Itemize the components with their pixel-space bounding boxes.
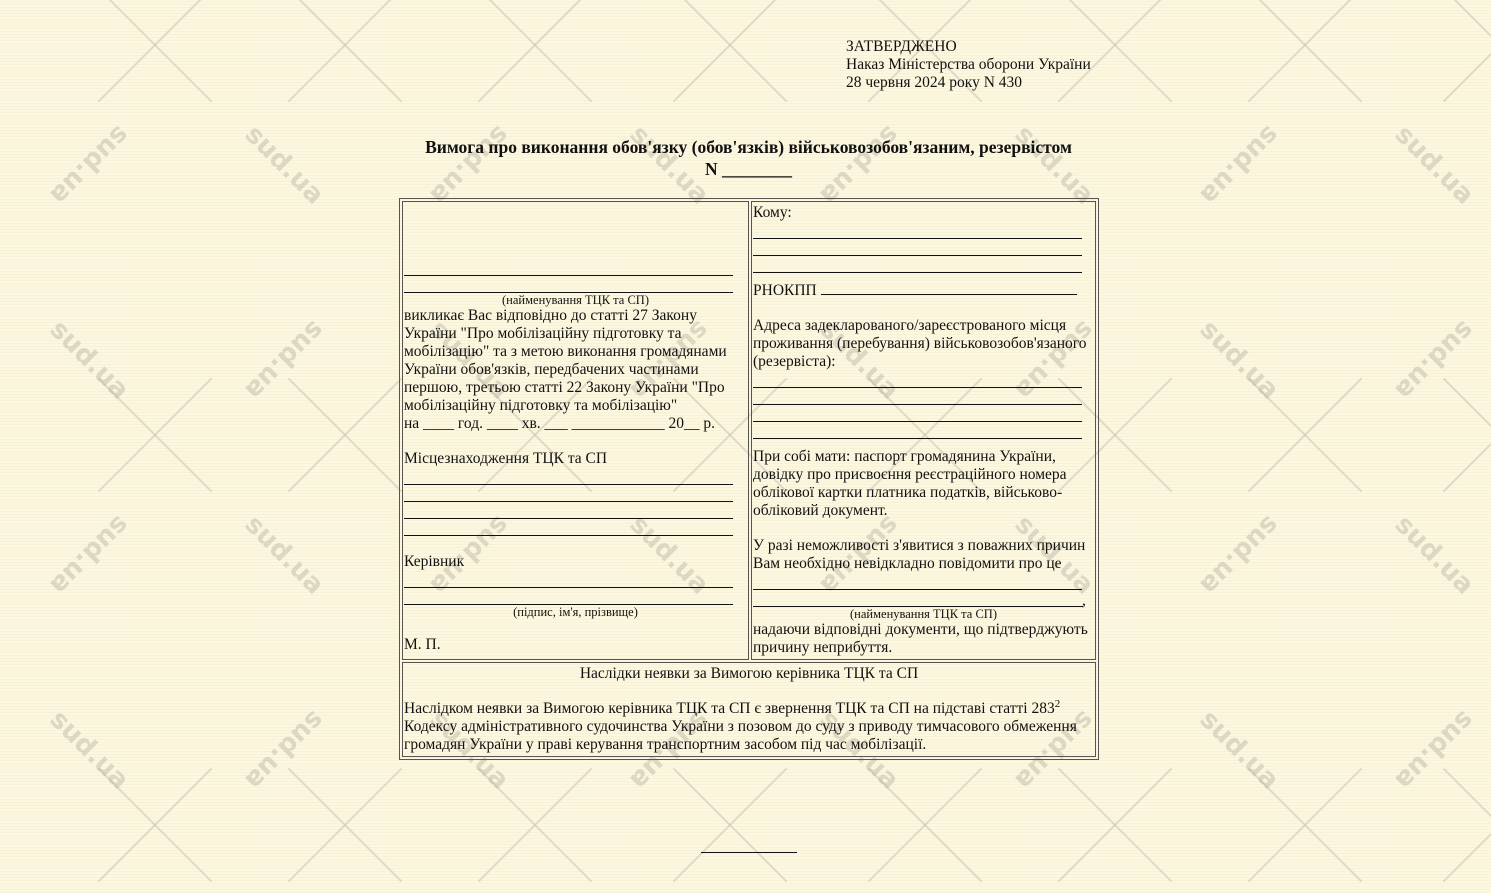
recipient-line-1[interactable] [753,222,1082,239]
watermark-text: sud.ua [1389,705,1480,796]
consequences-text-part-1: Наслідком неявки за Вимогою керівника ТЦ… [404,700,1055,717]
appointment-time[interactable]: на ____ год. ____ хв. ___ ____________ 2… [404,415,747,433]
documents-text: надаючи відповідні документи, що підтвер… [753,621,1094,657]
watermark-text: sud.ua [239,315,330,406]
title-text: Вимога про виконання обов'язку (обов'язк… [0,136,1491,158]
summons-text: викликає Вас відповідно до статті 27 Зак… [404,307,747,415]
notify-tck-line-1[interactable] [753,573,1082,590]
watermark-cross-icon [660,755,800,893]
to-label: Кому: [753,204,1094,222]
address-line-1[interactable] [753,371,1082,388]
rnokpp-label: РНОКПП [753,282,817,299]
head-label: Керівник [404,553,747,571]
address-label: Адреса задекларованого/зареєстрованого м… [753,317,1094,371]
watermark-text: sud.ua [1389,510,1480,601]
tck-name-line-1[interactable] [404,259,733,276]
watermark-cross-icon [275,365,415,505]
approval-order: Наказ Міністерства оборони України [846,56,1091,74]
watermark-cross-icon [1430,365,1491,505]
title-number: N ________ [0,158,1491,180]
bring-documents-text: При собі мати: паспорт громадянина Украї… [753,448,1094,520]
watermark-text: sud.ua [1194,510,1285,601]
watermark-cross-icon [85,365,225,505]
watermark-text: sud.ua [44,315,135,406]
consequences-text: Наслідком неявки за Вимогою керівника ТЦ… [404,700,1094,754]
location-label: Місцезнаходження ТЦК та СП [404,450,747,468]
sender-cell: (найменування ТЦК та СП) викликає Вас ві… [402,201,749,660]
approval-stamp: ЗАТВЕРДЖЕНО Наказ Міністерства оборони У… [846,38,1091,92]
consequences-cell: Наслідки неявки за Вимогою керівника ТЦК… [402,662,1096,757]
signature-caption: (підпис, ім'я, прізвище) [404,605,747,619]
recipient-cell: Кому: РНОКПП Адреса задекларованого/заре… [751,201,1096,660]
recipient-line-2[interactable] [753,239,1082,256]
watermark-cross-icon [1430,0,1491,115]
watermark-text: sud.ua [1194,315,1285,406]
location-line-4[interactable] [404,519,733,536]
rnokpp-field[interactable] [821,281,1077,295]
watermark-cross-icon [85,0,225,115]
footer-divider [701,852,797,853]
watermark-cross-icon [1235,365,1375,505]
tck-name-line-2[interactable] [404,276,733,293]
comma: , [1082,592,1086,610]
tck-name-caption: (найменування ТЦК та СП) [404,293,747,307]
notify-tck-line-2[interactable] [753,590,1083,607]
watermark-text: sud.ua [44,705,135,796]
watermark-cross-icon [660,0,800,115]
watermark-cross-icon [1430,755,1491,893]
location-line-2[interactable] [404,485,733,502]
watermark-cross-icon [1045,755,1185,893]
address-line-4[interactable] [753,422,1082,439]
watermark-text: sud.ua [44,510,135,601]
location-line-1[interactable] [404,468,733,485]
address-line-3[interactable] [753,405,1082,422]
consequences-heading: Наслідки неявки за Вимогою керівника ТЦК… [404,665,1094,683]
location-line-3[interactable] [404,502,733,519]
watermark-cross-icon [1235,0,1375,115]
head-signature-line[interactable] [404,588,733,605]
watermark-cross-icon [855,755,995,893]
article-superscript: 2 [1055,698,1061,710]
requirement-form: (найменування ТЦК та СП) викликає Вас ві… [399,198,1099,760]
watermark-text: sud.ua [239,510,330,601]
watermark-cross-icon [85,755,225,893]
watermark-cross-icon [1235,755,1375,893]
rnokpp-row: РНОКПП [753,281,1094,300]
absence-text: У разі неможливості з'явитися з поважних… [753,537,1094,573]
consequences-text-part-2: Кодексу адміністративного судочинства Ук… [404,718,1077,753]
watermark-text: sud.ua [1389,315,1480,406]
head-line-1[interactable] [404,571,733,588]
watermark-text: sud.ua [1194,705,1285,796]
watermark-cross-icon [465,0,605,115]
notify-tck-caption: (найменування ТЦК та СП) [753,607,1094,621]
stamp-label: М. П. [404,636,747,654]
document-title: Вимога про виконання обов'язку (обов'язк… [0,136,1491,180]
watermark-text: sud.ua [239,705,330,796]
address-line-2[interactable] [753,388,1082,405]
recipient-line-3[interactable] [753,256,1082,273]
watermark-cross-icon [275,0,415,115]
watermark-cross-icon [275,755,415,893]
approval-title: ЗАТВЕРДЖЕНО [846,38,1091,56]
approval-date: 28 червня 2024 року N 430 [846,74,1091,92]
watermark-cross-icon [465,755,605,893]
